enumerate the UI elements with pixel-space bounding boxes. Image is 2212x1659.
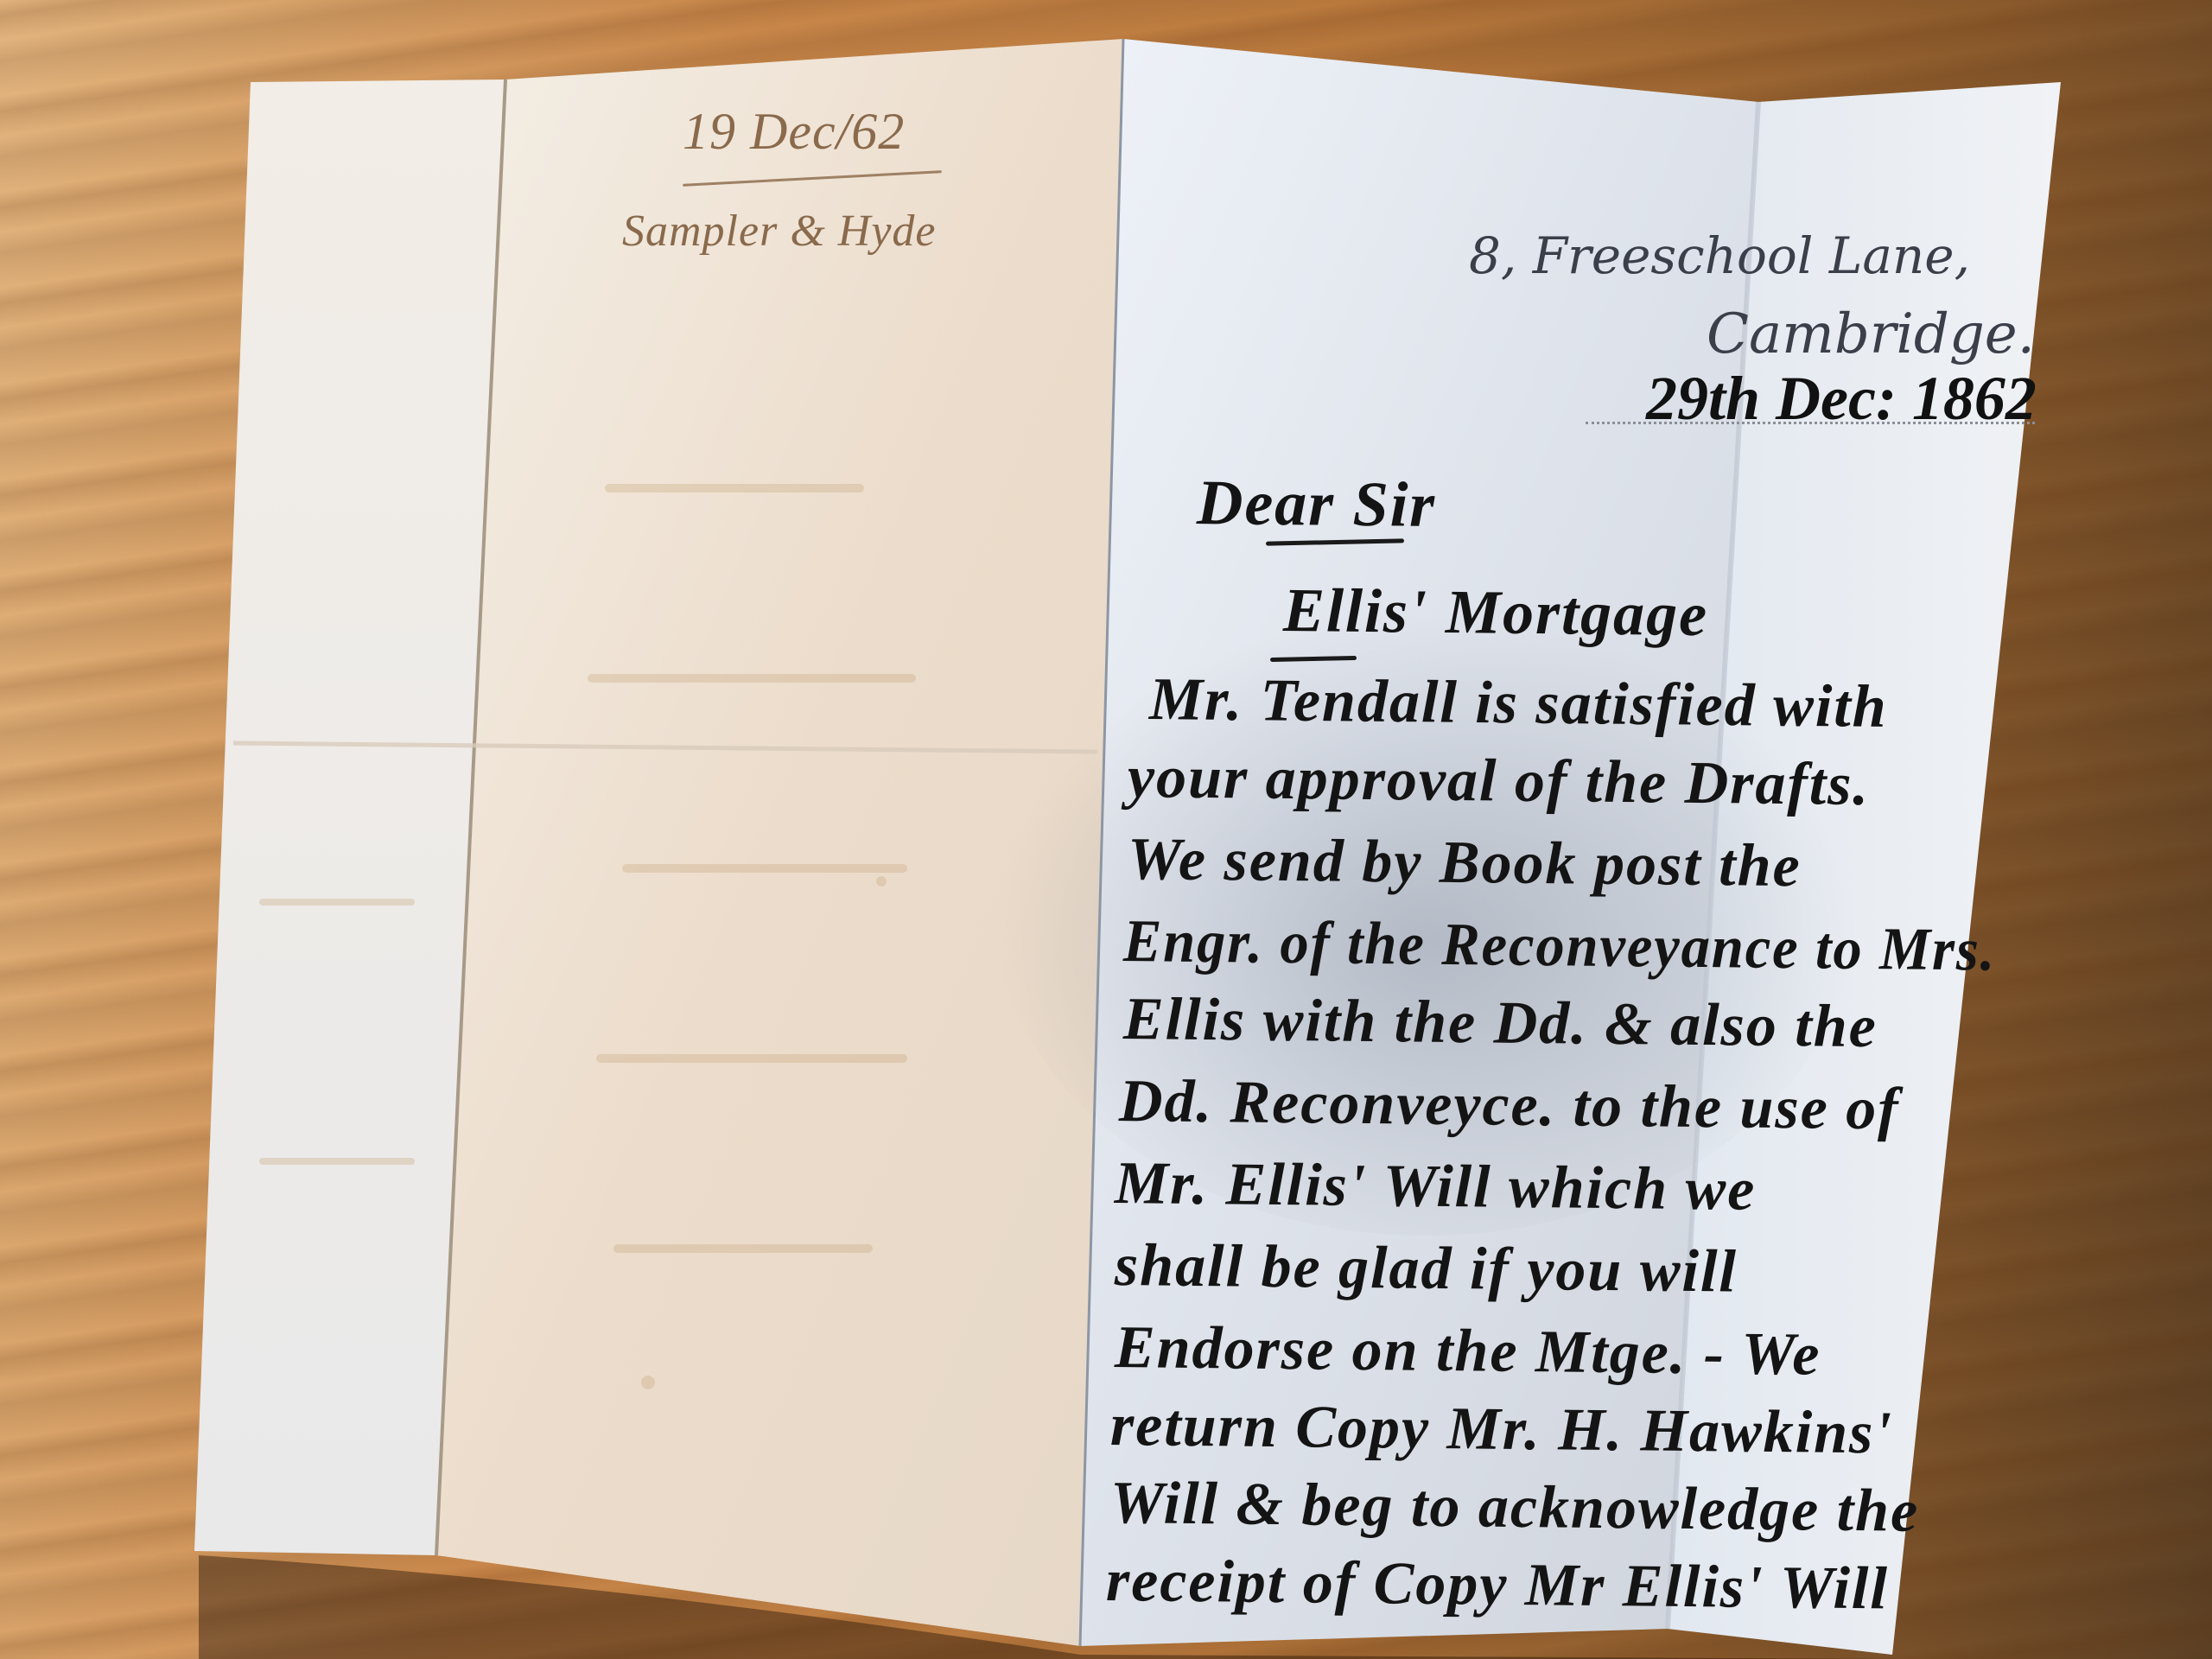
body-line: Engr. of the Reconveyance to Mrs. [1123,907,1997,986]
body-line: We send by Book post the [1128,825,1802,901]
letterhead-address-line2: Cambridge. [1707,302,2035,366]
photo-scene: 19 Dec/62 Sampler & Hyde 8, Freeschool L… [0,0,2212,1659]
body-line: Endorse on the Mtge. - We [1115,1313,1821,1390]
letter-date: 29th Dec: 1862 [1646,363,2037,435]
subject-line: Ellis' Mortgage [1283,575,1709,651]
body-line: Dd. Reconveyce. to the use of [1119,1067,1900,1144]
body-line: receipt of Copy Mr Ellis' Will [1106,1547,1890,1624]
body-line: Will & beg to acknowledge the [1110,1469,1920,1547]
docket-date-note: 19 Dec/62 [683,102,905,162]
letterhead-address-line1: 8, Freeschool Lane, [1469,226,1970,285]
body-line: Mr. Tendall is satisfied with [1149,665,1889,742]
body-line: your approval of the Drafts. [1128,743,1871,820]
body-line: Ellis with the Dd. & also the [1123,985,1878,1062]
docket-name-note: Sampler & Hyde [622,206,936,257]
body-line: Mr. Ellis' Will which we [1115,1149,1757,1225]
salutation: Dear Sir [1197,467,1437,543]
body-line: shall be glad if you will [1115,1231,1738,1307]
body-line: return Copy Mr. H. Hawkins' [1110,1391,1894,1468]
